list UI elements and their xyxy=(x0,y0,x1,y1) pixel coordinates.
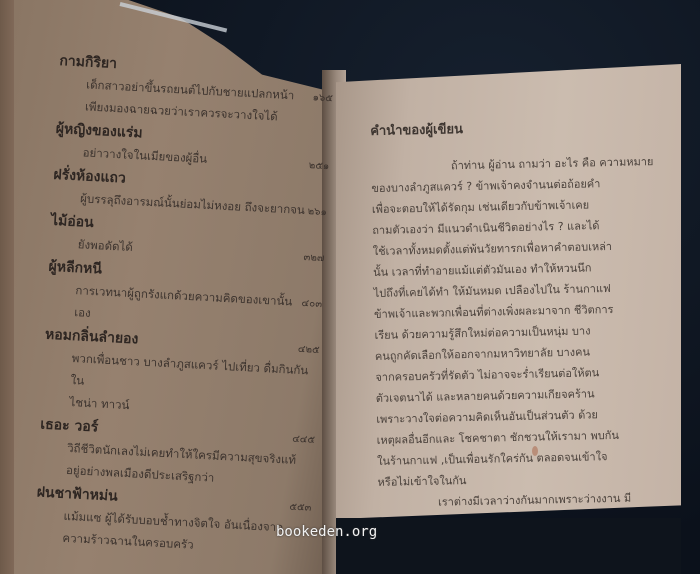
table-surface xyxy=(336,518,681,574)
toc-entry: ฝนชาฟ้าหม่น๕๕๓ แม้มแซ ผู้ได้รับบอบช้ำทาง… xyxy=(34,481,312,561)
preface: คำนำของผู้เขียน ถ้าท่าน ผู้อ่าน ถามว่า อ… xyxy=(370,114,658,514)
toc-title: ฝนชาฟ้าหม่น xyxy=(36,481,118,507)
toc-page-number: ๕๕๓ xyxy=(289,500,312,516)
watermark: bookeden.org xyxy=(276,524,377,540)
toc-entry: ผู้หลีกหนี การเวทนาผู้ถูกรังแกด้วยความคิ… xyxy=(46,256,324,336)
preface-title: คำนำของผู้เขียน xyxy=(370,114,650,141)
toc-title: เธอะ วอร์ xyxy=(40,414,99,439)
table-of-contents: กามกิริยา เด็กสาวอย่าขึ้นรถยนต์ไปกับชายแ… xyxy=(34,50,335,564)
toc-page-number: ๑๖๕ xyxy=(312,90,333,106)
book-photo: กามกิริยา เด็กสาวอย่าขึ้นรถยนต์ไปกับชายแ… xyxy=(0,0,700,574)
toc-page-number: ๒๖๑ xyxy=(307,204,327,220)
toc-description: ยังพอดัดได้ xyxy=(49,232,133,258)
toc-page-number: ๓๒๗ xyxy=(303,250,325,266)
toc-entry: เธอะ วอร์๔๔๕ วิถีชีวิตนักเลงไม่เคยทำให้ใ… xyxy=(37,414,315,494)
toc-entry: หอมกลิ่นลำยอง๔๒๕ พวกเพื่อนชาว บางลำภูสแค… xyxy=(41,324,320,426)
toc-page-number: ๔๒๕ xyxy=(298,342,320,358)
toc-entry: กามกิริยา เด็กสาวอย่าขึ้นรถยนต์ไปกับชายแ… xyxy=(57,50,335,130)
toc-page-number: ๒๕๑ xyxy=(308,158,329,174)
toc-page-number: ๔๔๕ xyxy=(292,432,315,448)
toc-page-number: ๔๐๓ xyxy=(301,296,322,312)
